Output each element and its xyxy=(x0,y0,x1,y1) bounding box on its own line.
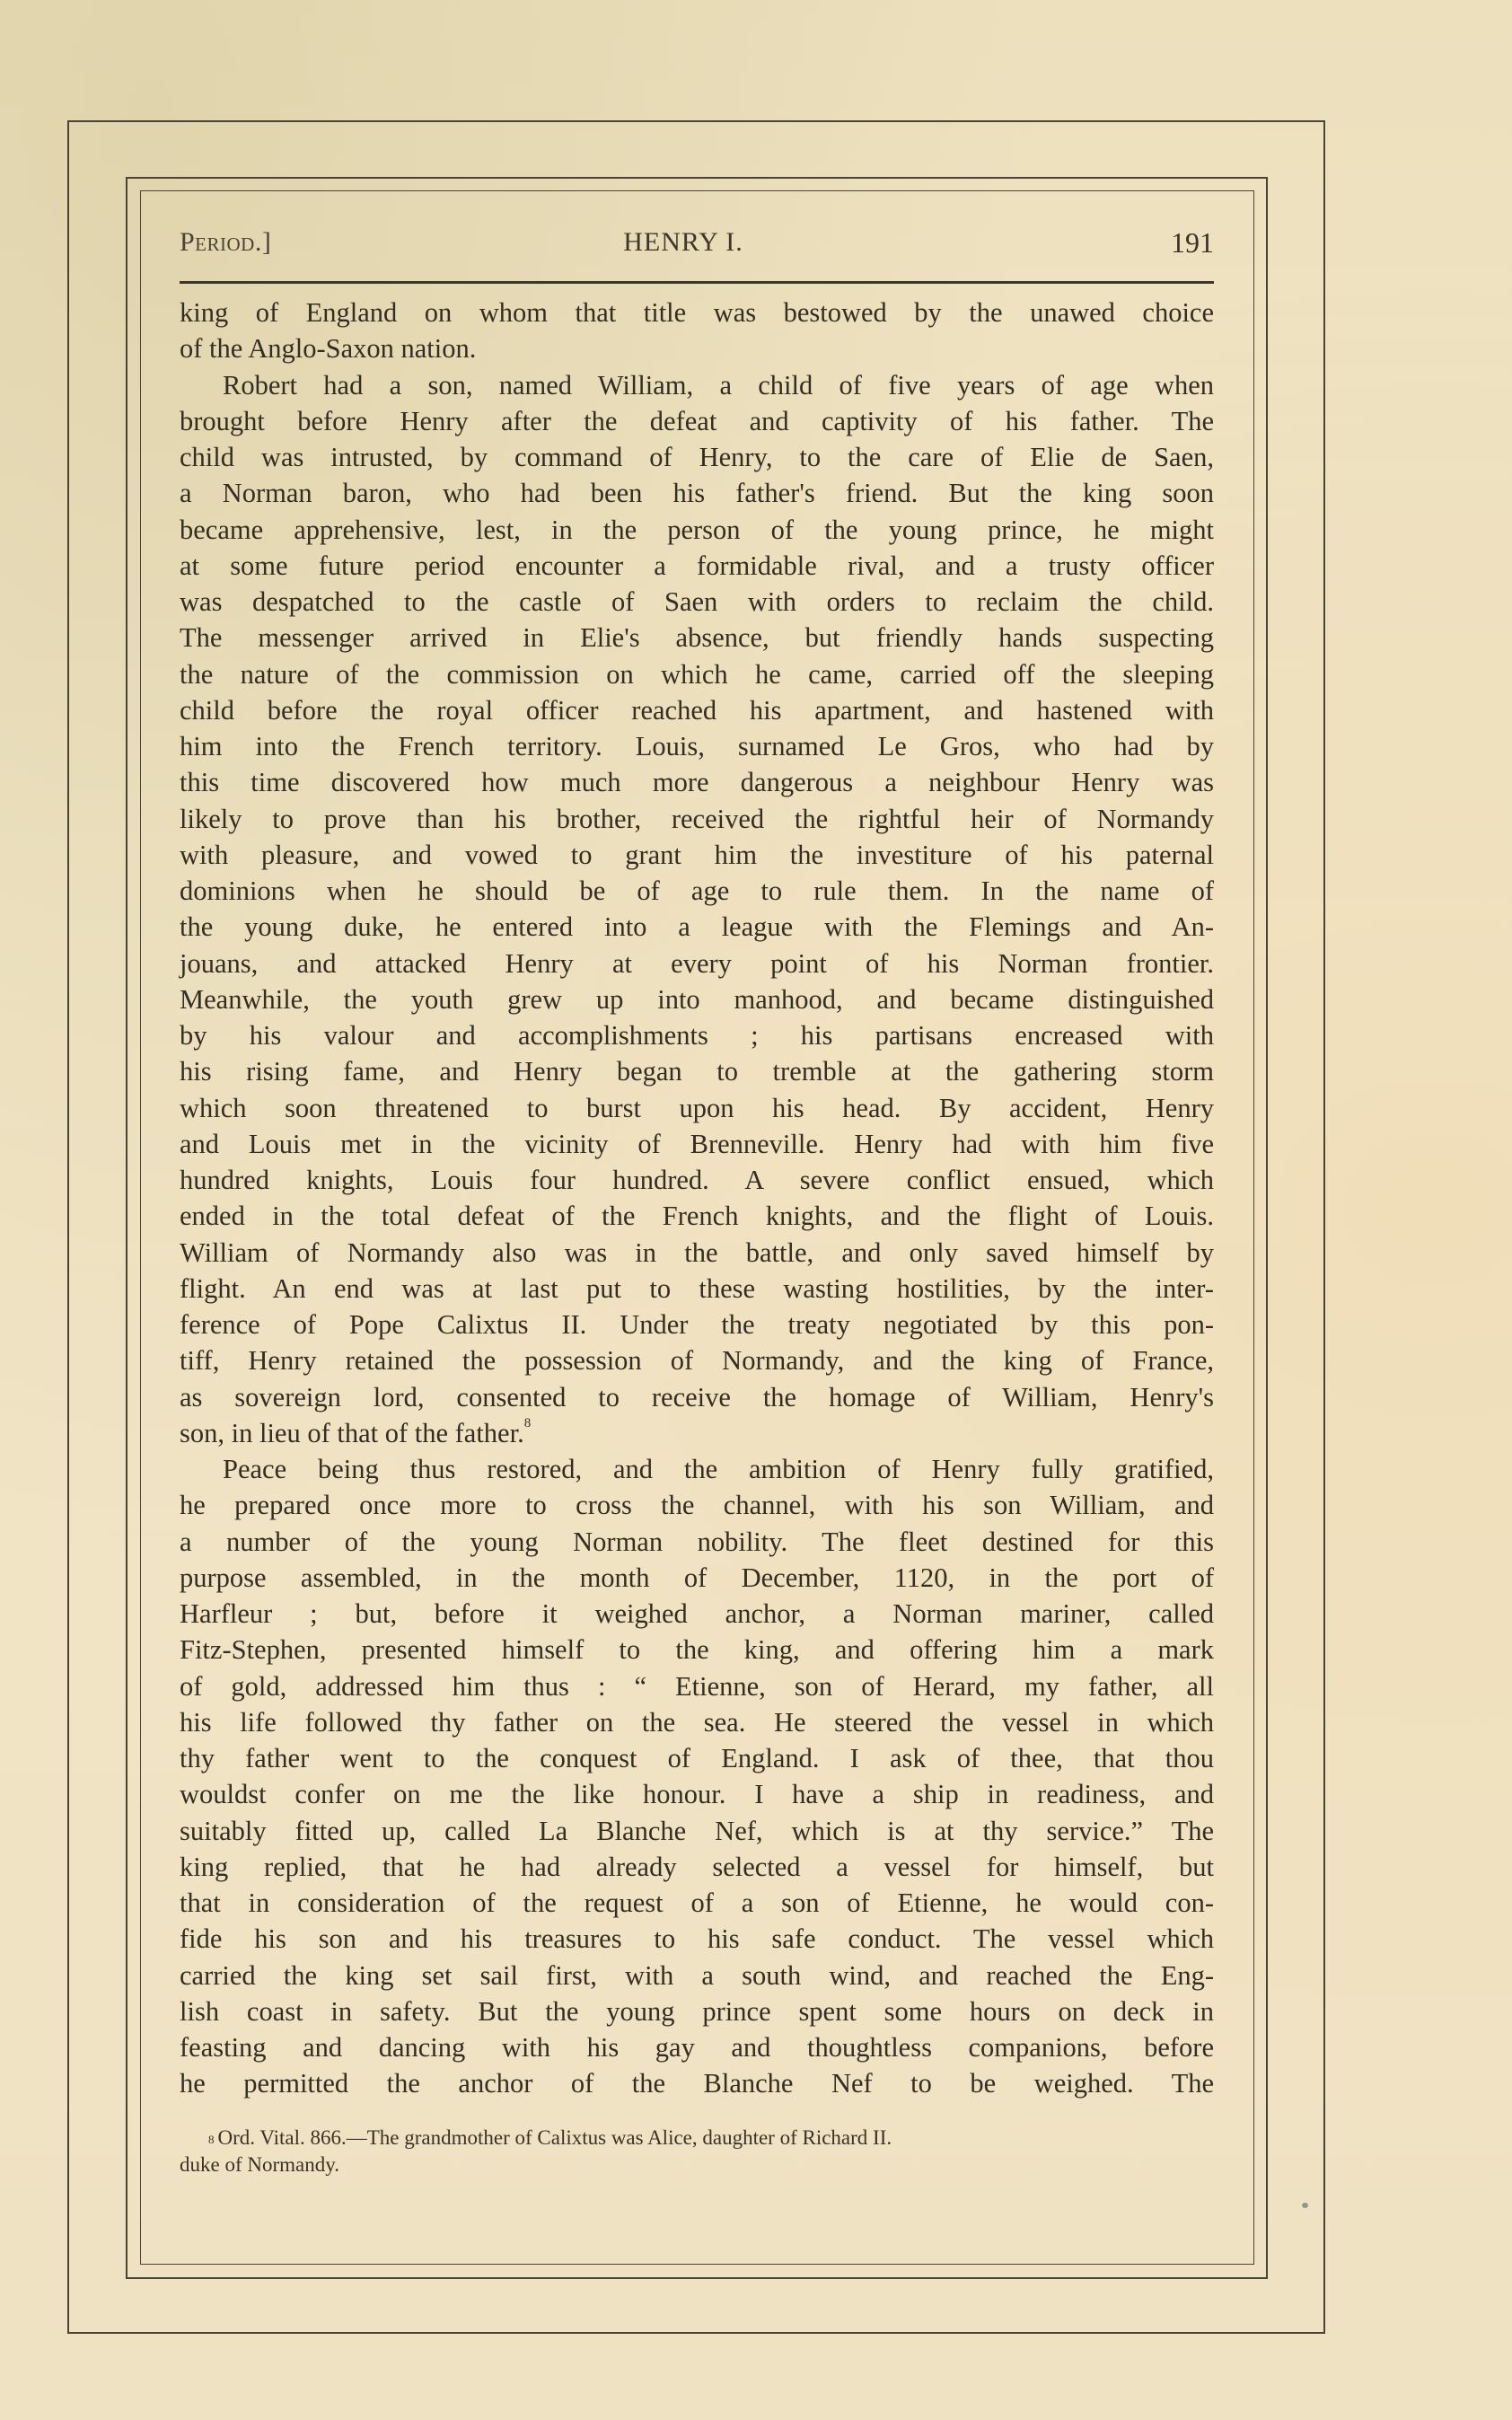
text-line: purpose assembled, in the month of Decem… xyxy=(180,1560,1214,1596)
text-line: by his valour and accomplishments ; his … xyxy=(180,1017,1214,1053)
footnote: 8Ord. Vital. 866.—The grandmother of Cal… xyxy=(180,2125,1221,2178)
text-line: was despatched to the castle of Saen wit… xyxy=(180,584,1214,620)
footnote-marker: 8 xyxy=(208,2133,215,2146)
paragraph-start-line: Robert had a son, named William, a child… xyxy=(180,367,1214,403)
text-line-content: son, in lieu of that of the father. xyxy=(180,1418,524,1448)
text-line: wouldst confer on me the like honour. I … xyxy=(180,1776,1214,1812)
running-head: Period.] HENRY I. 191 xyxy=(180,224,1214,260)
text-line: Fitz-Stephen, presented himself to the k… xyxy=(180,1632,1214,1668)
text-line: at some future period encounter a formid… xyxy=(180,548,1214,584)
text-line: became apprehensive, lest, in the person… xyxy=(180,512,1214,548)
text-line: fide his son and his treasures to his sa… xyxy=(180,1921,1214,1957)
text-line: Meanwhile, the youth grew up into manhoo… xyxy=(180,981,1214,1017)
text-line: he prepared once more to cross the chann… xyxy=(180,1487,1214,1523)
text-line-with-footnote: son, in lieu of that of the father.8 xyxy=(180,1415,1214,1451)
footnote-line: duke of Normandy. xyxy=(180,2152,1221,2178)
text-line: Harfleur ; but, before it weighed anchor… xyxy=(180,1596,1214,1632)
paragraph-start-line: Peace being thus restored, and the ambit… xyxy=(180,1451,1214,1487)
text-line: a number of the young Norman nobility. T… xyxy=(180,1524,1214,1560)
page-number: 191 xyxy=(1171,224,1214,260)
text-line: child before the royal officer reached h… xyxy=(180,692,1214,728)
footnote-reference[interactable]: 8 xyxy=(524,1416,532,1430)
header-rule xyxy=(180,281,1214,284)
text-line: king of England on whom that title was b… xyxy=(180,295,1214,330)
text-line: he permitted the anchor of the Blanche N… xyxy=(180,2065,1214,2101)
text-line: feasting and dancing with his gay and th… xyxy=(180,2029,1214,2065)
text-line: child was intrusted, by command of Henry… xyxy=(180,439,1214,475)
text-line: tiff, Henry retained the possession of N… xyxy=(180,1342,1214,1378)
text-line: and Louis met in the vicinity of Brennev… xyxy=(180,1126,1214,1162)
text-line: flight. An end was at last put to these … xyxy=(180,1271,1214,1307)
footnote-line: 8Ord. Vital. 866.—The grandmother of Cal… xyxy=(180,2125,1221,2152)
text-line: of gold, addressed him thus : “ Etienne,… xyxy=(180,1668,1214,1704)
text-line: his life followed thy father on the sea.… xyxy=(180,1704,1214,1740)
text-line: which soon threatened to burst upon his … xyxy=(180,1090,1214,1126)
footnote-text: Ord. Vital. 866.—The grandmother of Cali… xyxy=(218,2126,892,2149)
text-line: lish coast in safety. But the young prin… xyxy=(180,1993,1214,2029)
text-line: as sovereign lord, consented to receive … xyxy=(180,1379,1214,1415)
body-text: king of England on whom that title was b… xyxy=(180,295,1214,2102)
text-line: ference of Pope Calixtus II. Under the t… xyxy=(180,1307,1214,1342)
text-line: hundred knights, Louis four hundred. A s… xyxy=(180,1162,1214,1198)
text-line: William of Normandy also was in the batt… xyxy=(180,1235,1214,1271)
text-line: with pleasure, and vowed to grant him th… xyxy=(180,837,1214,873)
text-line: ended in the total defeat of the French … xyxy=(180,1198,1214,1234)
text-line: brought before Henry after the defeat an… xyxy=(180,403,1214,439)
text-line: the nature of the commission on which he… xyxy=(180,656,1214,692)
text-line: his rising fame, and Henry began to trem… xyxy=(180,1053,1214,1089)
text-line: carried the king set sail first, with a … xyxy=(180,1958,1214,1993)
text-line: suitably fitted up, called La Blanche Ne… xyxy=(180,1813,1214,1849)
text-line: likely to prove than his brother, receiv… xyxy=(180,801,1214,837)
paper-speck xyxy=(1302,2203,1308,2208)
text-line: The messenger arrived in Elie's absence,… xyxy=(180,620,1214,656)
text-line: this time discovered how much more dange… xyxy=(180,764,1214,800)
text-line: thy father went to the conquest of Engla… xyxy=(180,1740,1214,1776)
text-line: him into the French territory. Louis, su… xyxy=(180,728,1214,764)
text-line: king replied, that he had already select… xyxy=(180,1849,1214,1885)
text-line: the young duke, he entered into a league… xyxy=(180,909,1214,945)
text-line: dominions when he should be of age to ru… xyxy=(180,873,1214,909)
text-line: of the Anglo-Saxon nation. xyxy=(180,330,1214,366)
text-line: jouans, and attacked Henry at every poin… xyxy=(180,946,1214,981)
running-head-title: HENRY I. xyxy=(180,224,1214,260)
text-line: that in consideration of the request of … xyxy=(180,1885,1214,1921)
text-line: a Norman baron, who had been his father'… xyxy=(180,475,1214,511)
